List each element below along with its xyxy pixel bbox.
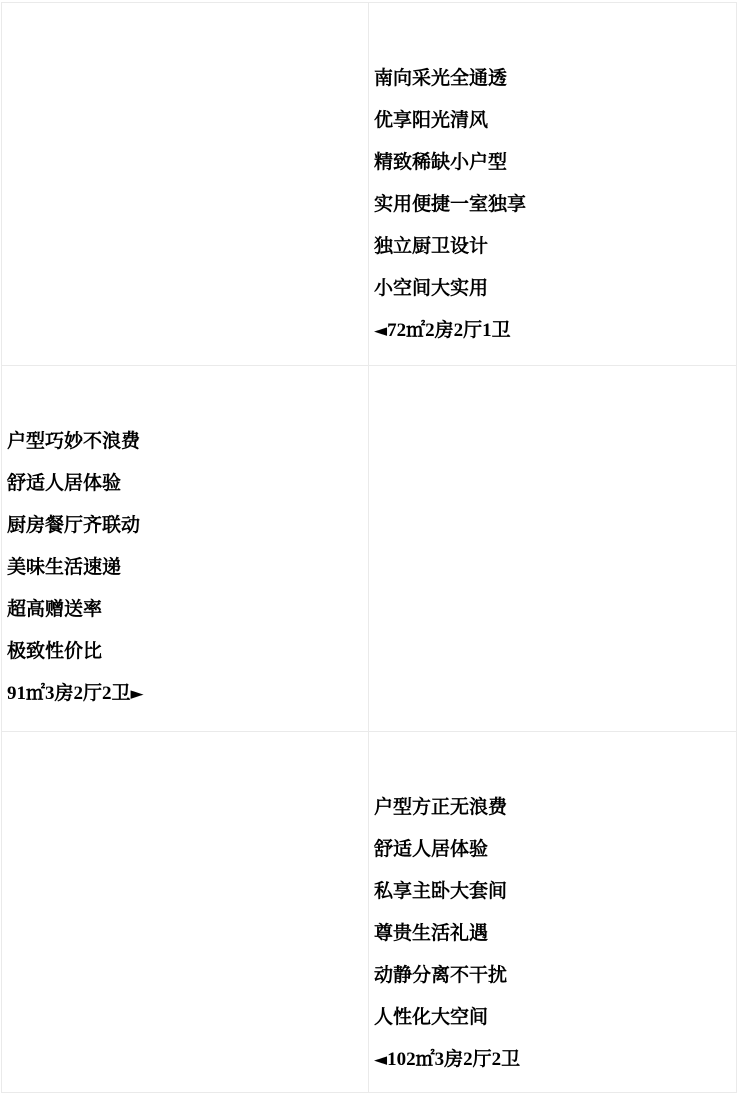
right-pointer-icon: ► xyxy=(131,684,144,704)
unit-caption: 91㎡3房2厅2卫► xyxy=(7,684,366,704)
feature-line: 独立厨卫设计 xyxy=(374,237,734,256)
left-pointer-icon: ◄ xyxy=(374,321,387,341)
feature-line: 人性化大空间 xyxy=(374,1008,734,1027)
unit-caption-label: 72㎡2房2厅1卫 xyxy=(387,320,511,341)
floorplan-image-placeholder-91 xyxy=(369,366,736,732)
unit-102-description: 户型方正无浪费 舒适人居体验 私享主卧大套间 尊贵生活礼遇 动静分离不干扰 人性… xyxy=(369,732,736,1092)
unit-72-description: 南向采光全通透 优享阳光清风 精致稀缺小户型 实用便捷一室独享 独立厨卫设计 小… xyxy=(369,3,736,366)
left-pointer-icon: ◄ xyxy=(374,1050,387,1070)
floorplan-image-placeholder-72 xyxy=(2,3,369,366)
feature-line: 南向采光全通透 xyxy=(374,69,734,88)
unit-caption-label: 91㎡3房2厅2卫 xyxy=(7,683,131,704)
feature-line: 户型巧妙不浪费 xyxy=(7,432,366,451)
floorplan-image-placeholder-102 xyxy=(2,732,369,1092)
feature-line: 动静分离不干扰 xyxy=(374,966,734,985)
unit-caption-label: 102㎡3房2厅2卫 xyxy=(387,1049,520,1070)
feature-line: 实用便捷一室独享 xyxy=(374,195,734,214)
feature-line: 精致稀缺小户型 xyxy=(374,153,734,172)
feature-line: 尊贵生活礼遇 xyxy=(374,924,734,943)
unit-caption: ◄72㎡2房2厅1卫 xyxy=(374,321,734,341)
feature-line: 极致性价比 xyxy=(7,642,366,661)
feature-line: 优享阳光清风 xyxy=(374,111,734,130)
floorplan-listings-table: 南向采光全通透 优享阳光清风 精致稀缺小户型 实用便捷一室独享 独立厨卫设计 小… xyxy=(1,2,737,1093)
feature-line: 小空间大实用 xyxy=(374,279,734,298)
feature-line: 舒适人居体验 xyxy=(7,474,366,493)
feature-line: 户型方正无浪费 xyxy=(374,798,734,817)
feature-line: 美味生活速递 xyxy=(7,558,366,577)
feature-line: 私享主卧大套间 xyxy=(374,882,734,901)
unit-caption: ◄102㎡3房2厅2卫 xyxy=(374,1050,734,1070)
unit-91-description: 户型巧妙不浪费 舒适人居体验 厨房餐厅齐联动 美味生活速递 超高赠送率 极致性价… xyxy=(2,366,369,732)
feature-line: 舒适人居体验 xyxy=(374,840,734,859)
feature-line: 超高赠送率 xyxy=(7,600,366,619)
feature-line: 厨房餐厅齐联动 xyxy=(7,516,366,535)
